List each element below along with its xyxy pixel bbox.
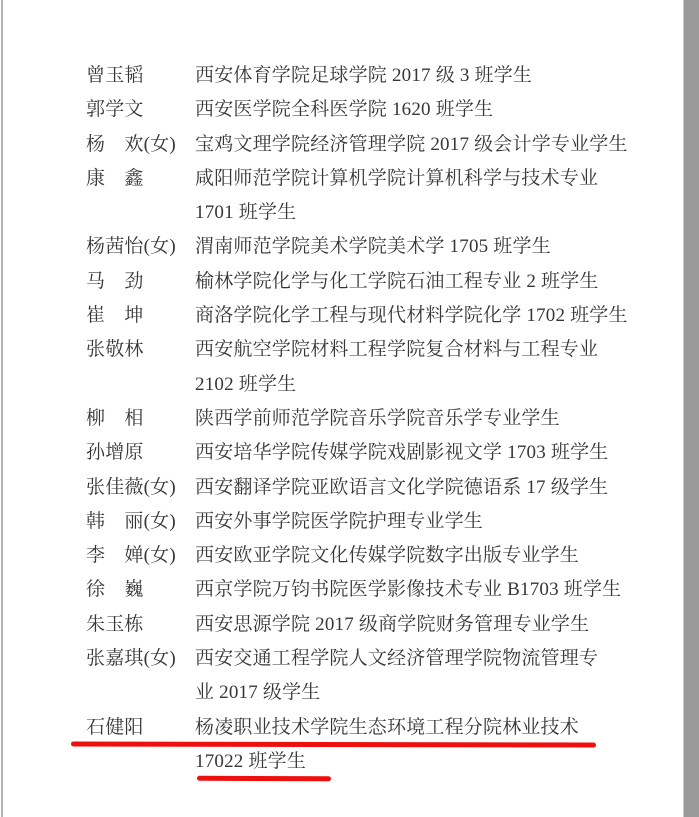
student-affiliation: 西安翻译学院亚欧语言文化学院德语系 17 级学生 (195, 471, 666, 505)
affiliation-line: 1701 班学生 (195, 196, 666, 230)
student-entry: 杨 欢(女) 宝鸡文理学院经济管理学院 2017 级会计学专业学生 (86, 128, 666, 162)
student-name: 张敬林 (86, 333, 195, 402)
affiliation-line: 2102 班学生 (195, 368, 666, 402)
student-entry: 马 劲 榆林学院化学与化工学院石油工程专业 2 班学生 (86, 265, 666, 299)
document-viewer: 曾玉韬 西安体育学院足球学院 2017 级 3 班学生 郭学文 西安医学院全科医… (0, 0, 699, 817)
student-entry: 郭学文 西安医学院全科医学院 1620 班学生 (86, 93, 666, 127)
student-entry: 康 鑫 咸阳师范学院计算机学院计算机科学与技术专业1701 班学生 (86, 162, 666, 231)
student-name: 崔 坤 (86, 299, 195, 333)
affiliation-line: 陕西学前师范学院音乐学院音乐学专业学生 (195, 402, 666, 436)
affiliation-line: 17022 班学生 (195, 745, 666, 779)
student-affiliation: 西安欧亚学院文化传媒学院数字出版专业学生 (195, 539, 666, 573)
student-entry: 徐 巍 西京学院万钧书院医学影像技术专业 B1703 班学生 (86, 573, 666, 607)
affiliation-line: 西安思源学院 2017 级商学院财务管理专业学生 (195, 608, 666, 642)
student-affiliation: 西安医学院全科医学院 1620 班学生 (195, 93, 666, 127)
student-name: 郭学文 (86, 93, 195, 127)
affiliation-line: 西安欧亚学院文化传媒学院数字出版专业学生 (195, 539, 666, 573)
student-affiliation: 宝鸡文理学院经济管理学院 2017 级会计学专业学生 (195, 128, 666, 162)
affiliation-line: 渭南师范学院美术学院美术学 1705 班学生 (195, 230, 666, 264)
student-affiliation: 陕西学前师范学院音乐学院音乐学专业学生 (195, 402, 666, 436)
affiliation-line: 西安培华学院传媒学院戏剧影视文学 1703 班学生 (195, 436, 666, 470)
student-affiliation: 西安培华学院传媒学院戏剧影视文学 1703 班学生 (195, 436, 666, 470)
student-entry: 张敬林 西安航空学院材料工程学院复合材料与工程专业2102 班学生 (86, 333, 666, 402)
student-affiliation: 榆林学院化学与化工学院石油工程专业 2 班学生 (195, 265, 666, 299)
student-entry: 李 婵(女) 西安欧亚学院文化传媒学院数字出版专业学生 (86, 539, 666, 573)
affiliation-line: 杨凌职业技术学院生态环境工程分院林业技术 (195, 711, 666, 745)
affiliation-line: 西安交通工程学院人文经济管理学院物流管理专 (195, 642, 666, 676)
student-entry: 韩 丽(女) 西安外事学院医学院护理专业学生 (86, 505, 666, 539)
student-name: 康 鑫 (86, 162, 195, 231)
affiliation-line: 西安医学院全科医学院 1620 班学生 (195, 93, 666, 127)
student-entry: 朱玉栋 西安思源学院 2017 级商学院财务管理专业学生 (86, 608, 666, 642)
affiliation-line: 西京学院万钧书院医学影像技术专业 B1703 班学生 (195, 573, 666, 607)
affiliation-line: 西安外事学院医学院护理专业学生 (195, 505, 666, 539)
student-name: 李 婵(女) (86, 539, 195, 573)
student-list: 曾玉韬 西安体育学院足球学院 2017 级 3 班学生 郭学文 西安医学院全科医… (86, 59, 666, 779)
student-affiliation: 西安思源学院 2017 级商学院财务管理专业学生 (195, 608, 666, 642)
affiliation-line: 咸阳师范学院计算机学院计算机科学与技术专业 (195, 162, 666, 196)
student-entry: 杨茜怡(女) 渭南师范学院美术学院美术学 1705 班学生 (86, 230, 666, 264)
student-name: 杨茜怡(女) (86, 230, 195, 264)
student-entry: 张嘉琪(女) 西安交通工程学院人文经济管理学院物流管理专业 2017 级学生 (86, 642, 666, 711)
student-name: 张嘉琪(女) (86, 642, 195, 711)
affiliation-line: 商洛学院化学工程与现代材料学院化学 1702 班学生 (195, 299, 666, 333)
student-name: 韩 丽(女) (86, 505, 195, 539)
student-entry: 曾玉韬 西安体育学院足球学院 2017 级 3 班学生 (86, 59, 666, 93)
student-name: 马 劲 (86, 265, 195, 299)
student-affiliation: 渭南师范学院美术学院美术学 1705 班学生 (195, 230, 666, 264)
student-name: 柳 相 (86, 402, 195, 436)
page-left-edge (1, 0, 3, 817)
student-name: 张佳薇(女) (86, 471, 195, 505)
student-entry: 崔 坤 商洛学院化学工程与现代材料学院化学 1702 班学生 (86, 299, 666, 333)
student-affiliation: 西安航空学院材料工程学院复合材料与工程专业2102 班学生 (195, 333, 666, 402)
student-name: 孙增原 (86, 436, 195, 470)
student-affiliation: 西安体育学院足球学院 2017 级 3 班学生 (195, 59, 666, 93)
affiliation-line: 榆林学院化学与化工学院石油工程专业 2 班学生 (195, 265, 666, 299)
student-affiliation: 咸阳师范学院计算机学院计算机科学与技术专业1701 班学生 (195, 162, 666, 231)
document-page: 曾玉韬 西安体育学院足球学院 2017 级 3 班学生 郭学文 西安医学院全科医… (0, 0, 683, 817)
red-underline-annotation-line2 (197, 776, 331, 781)
student-entry: 孙增原 西安培华学院传媒学院戏剧影视文学 1703 班学生 (86, 436, 666, 470)
affiliation-line: 业 2017 级学生 (195, 676, 666, 710)
student-affiliation: 西京学院万钧书院医学影像技术专业 B1703 班学生 (195, 573, 666, 607)
student-name: 徐 巍 (86, 573, 195, 607)
student-name: 曾玉韬 (86, 59, 195, 93)
viewer-scrollbar-track[interactable] (683, 0, 699, 817)
student-affiliation: 西安交通工程学院人文经济管理学院物流管理专业 2017 级学生 (195, 642, 666, 711)
affiliation-line: 西安翻译学院亚欧语言文化学院德语系 17 级学生 (195, 471, 666, 505)
affiliation-line: 西安航空学院材料工程学院复合材料与工程专业 (195, 333, 666, 367)
student-entry: 柳 相 陕西学前师范学院音乐学院音乐学专业学生 (86, 402, 666, 436)
student-name: 杨 欢(女) (86, 128, 195, 162)
affiliation-line: 西安体育学院足球学院 2017 级 3 班学生 (195, 59, 666, 93)
student-entry: 张佳薇(女) 西安翻译学院亚欧语言文化学院德语系 17 级学生 (86, 471, 666, 505)
student-name: 朱玉栋 (86, 608, 195, 642)
affiliation-line: 宝鸡文理学院经济管理学院 2017 级会计学专业学生 (195, 128, 666, 162)
student-affiliation: 西安外事学院医学院护理专业学生 (195, 505, 666, 539)
student-affiliation: 商洛学院化学工程与现代材料学院化学 1702 班学生 (195, 299, 666, 333)
